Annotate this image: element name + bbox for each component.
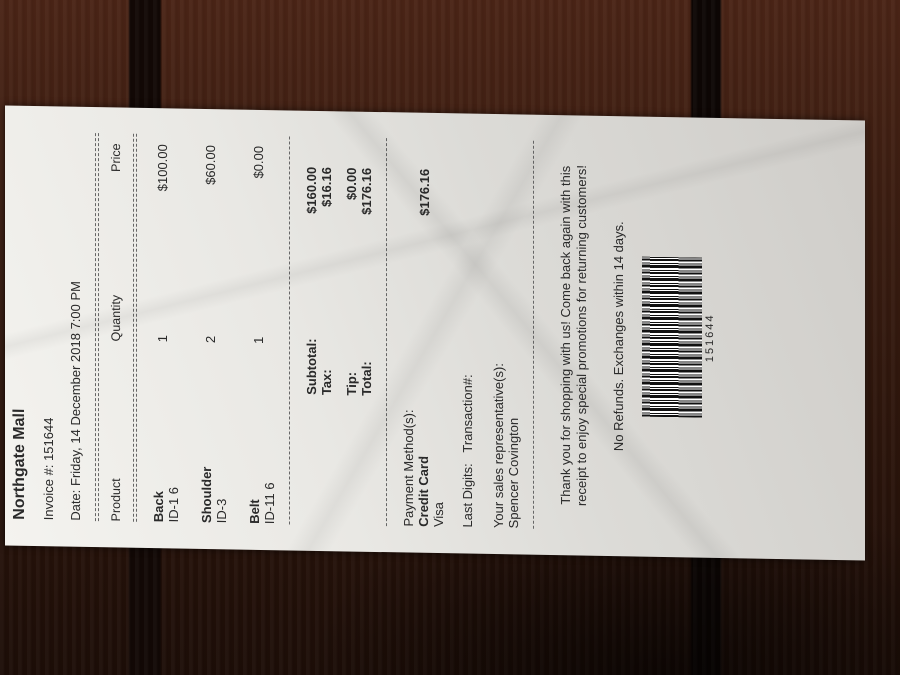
barcode — [642, 257, 702, 418]
tax-label: Tax: — [319, 245, 334, 395]
last-digits-label: Last Digits: — [460, 463, 475, 528]
totals: Subtotal: $160.00 Tax: $16.16 Tip: $0.00… — [294, 137, 382, 527]
tax-value: $16.16 — [319, 137, 334, 245]
payment-method: Credit Card — [416, 216, 431, 527]
tip-value: $0.00 — [344, 137, 359, 245]
col-price: Price — [109, 133, 123, 241]
divider — [533, 141, 534, 529]
item-name: ShoulderID-3 — [199, 353, 229, 524]
item-quantity: 2 — [199, 243, 218, 353]
invoice-number: 151644 — [41, 417, 56, 461]
date-value: Friday, 14 December 2018 7:00 PM — [68, 281, 83, 486]
item-name: BeltID-11 6 — [247, 354, 277, 525]
item-quantity: 1 — [151, 242, 170, 352]
store-name: Northgate Mall — [11, 132, 29, 520]
sales-rep-name: Spencer Covington — [506, 140, 521, 528]
date-label: Date: — [68, 490, 83, 521]
thank-you-message: Thank you for shopping with us! Come bac… — [538, 141, 597, 530]
subtotal-value: $160.00 — [304, 137, 319, 245]
return-policy: No Refunds. Exchanges within 14 days. — [597, 142, 640, 531]
transaction-line: Last Digits: Transaction#: — [452, 139, 483, 528]
payment-label: Payment Method(s): — [401, 409, 416, 526]
line-item: ShoulderID-3 2 $60.00 — [189, 135, 237, 524]
barcode-area: 151644 — [640, 143, 716, 532]
item-price: $60.00 — [199, 135, 218, 243]
total-value: $176.16 — [359, 138, 374, 246]
total-label: Total: — [359, 246, 374, 396]
item-price: $100.00 — [151, 134, 170, 242]
date-line: Date: Friday, 14 December 2018 7:00 PM — [68, 133, 83, 521]
payment-section: Payment Method(s): Credit Card Visa $176… — [391, 138, 452, 527]
sales-rep-label: Your sales representative(s): — [491, 140, 506, 528]
divider — [386, 138, 387, 526]
line-item: BackID-1 6 1 $100.00 — [141, 134, 189, 523]
sales-rep: Your sales representative(s): Spencer Co… — [483, 140, 529, 529]
invoice-label: Invoice #: — [41, 464, 56, 520]
tip-label: Tip: — [344, 245, 359, 395]
col-product: Product — [109, 351, 123, 521]
subtotal-label: Subtotal: — [304, 245, 319, 395]
divider — [289, 136, 290, 524]
card-type: Visa — [431, 502, 446, 527]
items-header: Product Quantity Price — [103, 133, 129, 521]
payment-amount: $176.16 — [401, 138, 446, 216]
transaction-label: Transaction#: — [460, 374, 475, 453]
item-price: $0.00 — [247, 136, 266, 244]
col-quantity: Quantity — [109, 241, 123, 351]
payment-details: Payment Method(s): Credit Card Visa — [401, 215, 446, 527]
divider — [95, 133, 99, 521]
item-quantity: 1 — [247, 244, 266, 354]
barcode-number: 151644 — [704, 313, 716, 362]
item-name: BackID-1 6 — [151, 352, 181, 523]
line-item: BeltID-11 6 1 $0.00 — [237, 136, 285, 525]
invoice-line: Invoice #: 151644 — [41, 132, 56, 520]
divider — [133, 134, 137, 522]
receipt: Northgate Mall Invoice #: 151644 Date: F… — [5, 105, 865, 560]
